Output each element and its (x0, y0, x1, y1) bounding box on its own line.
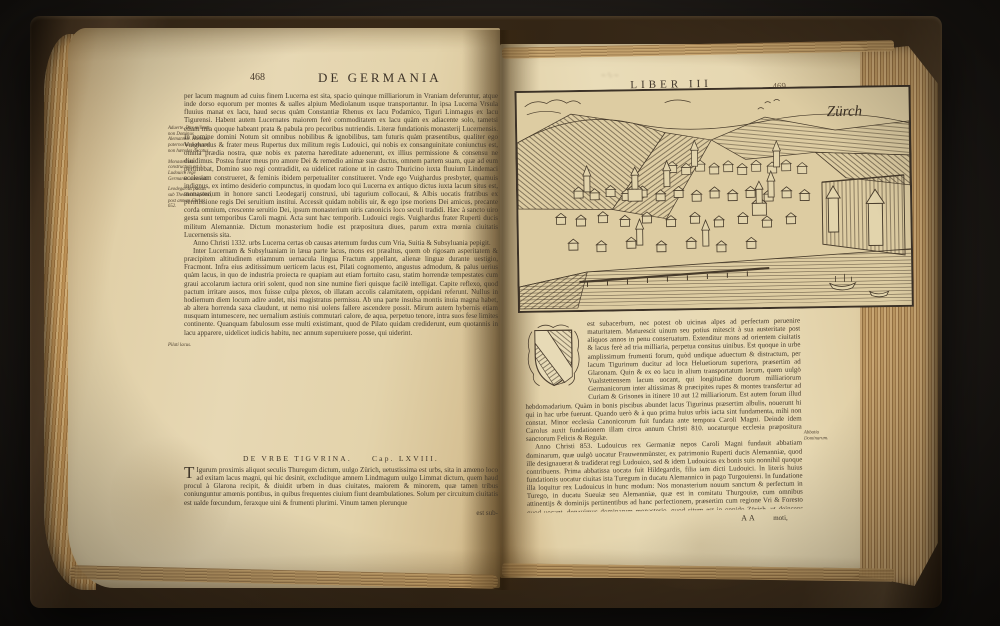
chapter-title: DE VRBE TIGVRINA. (243, 454, 352, 463)
right-catchword: moti, (773, 514, 788, 522)
chapter-heading: DE VRBE TIGVRINA. Cap. LXVIII. (184, 454, 498, 463)
text-paragraph: Inter Lucernam & Subsyluaniam in læua pa… (184, 247, 498, 337)
photo-of-open-book: { "colors": { "ink": "#3e3429", "paper":… (0, 0, 1000, 626)
left-running-title: DE GERMANIA (318, 70, 442, 86)
text-paragraph: Anno Christi 853. Ludouicus rex Germaniæ… (526, 439, 803, 513)
right-margin-note: Abbatia Dominarum. (804, 430, 844, 442)
text-paragraph: Anno Christi 1332. urbs Lucerna certas o… (184, 239, 498, 247)
zurich-city-view-woodcut: Zürch (514, 85, 913, 313)
left-page-number: 468 (250, 72, 265, 83)
city-wall (822, 175, 905, 256)
drop-cap: T (184, 466, 196, 480)
right-page-content: LIBER III 469 (496, 47, 924, 584)
chapter-number: Cap. LXVIII. (372, 454, 439, 463)
woodcut-city-label: Zürch (827, 104, 863, 121)
text-paragraph: per lacum magnum ad cuius finem Lucerna … (184, 92, 498, 239)
chapter-opening-paragraph: T Igurum proximis aliquot seculis Thureg… (184, 466, 498, 510)
chapter-text: Igurum proximis aliquot seculis Thuregum… (184, 466, 498, 507)
signature-mark: AA (741, 513, 757, 522)
left-main-text: per lacum magnum ad cuius finem Lucerna … (184, 92, 498, 446)
zurich-coat-of-arms (524, 321, 583, 394)
left-catchword: est sub- (184, 509, 498, 517)
right-main-text: est subacerbum, nec potest ob uicinas al… (524, 317, 803, 513)
